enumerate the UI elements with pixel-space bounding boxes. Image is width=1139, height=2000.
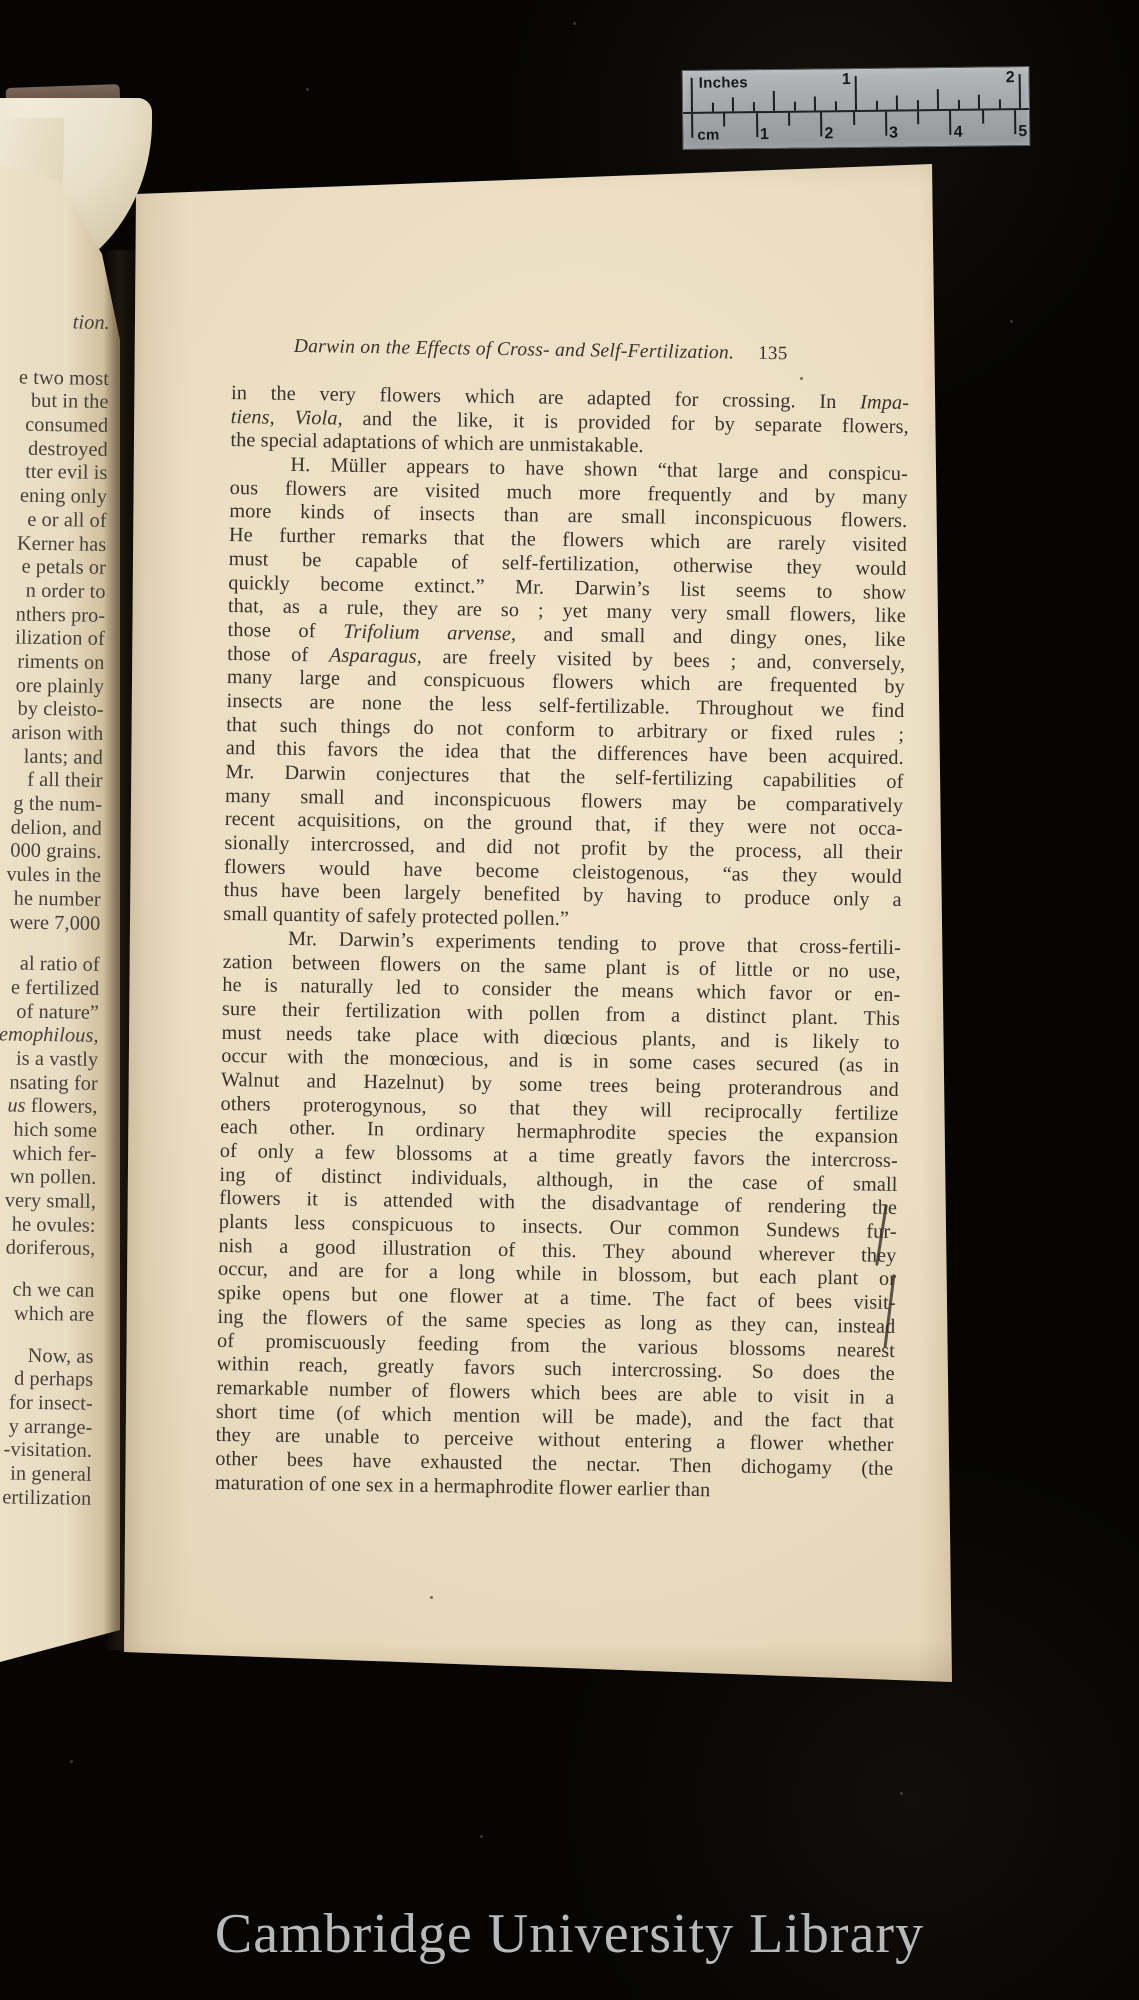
ruler-tick xyxy=(917,111,919,124)
text-line-fragment: d perhaps xyxy=(0,1367,95,1392)
dust-speck xyxy=(573,22,576,25)
left-page-text-block: al ratio ofe fertilizedof nature”emophil… xyxy=(0,952,102,1262)
ruler-cm-label: cm xyxy=(697,127,719,144)
text-line-fragment: nthers pro- xyxy=(0,603,107,628)
text-line-fragment: vules in the xyxy=(0,863,103,888)
ruler-number: 3 xyxy=(889,125,898,143)
ruler-ticks: 1212345 xyxy=(683,67,1029,71)
text-line-fragment: tter evil is xyxy=(0,461,110,486)
dust-speck xyxy=(306,88,309,91)
body-text: in the very flowers which are adapted fo… xyxy=(215,382,909,1505)
ruler-tick xyxy=(978,95,980,109)
ruler-tick xyxy=(937,89,939,109)
text-line-fragment: doriferous, xyxy=(0,1237,97,1262)
ruler-tick xyxy=(885,112,887,136)
dust-speck xyxy=(70,1760,73,1763)
ruler-tick xyxy=(793,102,795,111)
dust-speck xyxy=(900,1792,903,1795)
text-line-fragment: -visitation. xyxy=(0,1438,94,1463)
text-line-fragment: consumed xyxy=(0,413,110,438)
left-page-text-block: Now, asd perhapsfor insect-y arrange--vi… xyxy=(0,1344,96,1512)
ruler-tick xyxy=(752,102,754,111)
running-header: Darwin on the Effects of Cross- and Self… xyxy=(232,334,910,368)
text-line-fragment: hich some xyxy=(0,1118,99,1143)
text-line-fragment: e petals or xyxy=(0,555,108,580)
ruler-tick xyxy=(1014,110,1016,134)
text-line-fragment: e two most xyxy=(0,366,111,391)
ruler-tick xyxy=(834,101,836,110)
text-line-fragment: which are xyxy=(0,1302,96,1327)
text-line-fragment: ore plainly xyxy=(0,674,106,699)
ruler-number: 1 xyxy=(760,126,769,144)
text-line-fragment: arison with xyxy=(0,721,106,746)
ruler-tick xyxy=(691,78,693,112)
ruler-tick xyxy=(916,100,918,109)
text-line-fragment: he number xyxy=(0,887,103,912)
text-line-fragment: destroyed xyxy=(0,437,110,462)
library-watermark: Cambridge University Library xyxy=(0,1898,1139,1978)
ruler-number: 5 xyxy=(1018,123,1027,141)
text-line-fragment: but in the xyxy=(0,390,111,415)
text-line-fragment: very small, xyxy=(0,1189,98,1214)
text-line-fragment: ilization of xyxy=(0,626,107,651)
text-line-fragment: were 7,000 xyxy=(0,911,103,936)
ruler-tick xyxy=(691,114,693,138)
book-photograph: tion. e two mostbut in theconsumeddestro… xyxy=(0,0,1139,2000)
ruler-tick xyxy=(875,101,877,110)
left-page-blocks: e two mostbut in theconsumeddestroyedtte… xyxy=(0,366,111,1511)
text-line-fragment: wn pollen. xyxy=(0,1166,99,1191)
text-line-fragment: ening only xyxy=(0,484,109,509)
ruler-tick xyxy=(949,111,951,135)
text-line-fragment: f all their xyxy=(0,769,105,794)
ruler-tick xyxy=(855,76,857,110)
ruler-number: 4 xyxy=(954,124,963,142)
ruler-tick xyxy=(723,113,725,126)
ruler-tick xyxy=(1019,74,1021,108)
text-line-fragment: he ovules: xyxy=(0,1213,98,1238)
ruler-number: 1 xyxy=(833,71,851,89)
text-line-fragment: e or all of xyxy=(0,508,109,533)
left-page-text-block: e two mostbut in theconsumeddestroyedtte… xyxy=(0,366,111,936)
text-line-fragment: Now, as xyxy=(0,1344,96,1369)
page-text: Darwin on the Effects of Cross- and Self… xyxy=(215,334,910,1505)
ruler-tick xyxy=(732,97,734,111)
ruler-tick xyxy=(820,112,822,136)
text-line-fragment: Kerner has xyxy=(0,532,109,557)
header-title: Darwin on the Effects of Cross- and Self… xyxy=(294,335,735,365)
text-line-fragment: emophilous, xyxy=(0,1023,101,1048)
measurement-ruler: Inches cm 1212345 xyxy=(682,66,1031,150)
ruler-tick xyxy=(788,113,790,126)
text-line-fragment: riments on xyxy=(0,650,107,675)
text-line-fragment: lants; and xyxy=(0,745,105,770)
ruler-tick xyxy=(957,100,959,109)
dust-speck xyxy=(480,1835,483,1838)
text-line-fragment: ertilization xyxy=(0,1486,94,1511)
ruler-tick xyxy=(756,113,758,137)
book-page: Darwin on the Effects of Cross- and Self… xyxy=(120,158,954,1688)
text-line-fragment: y arrange- xyxy=(0,1415,95,1440)
text-line-fragment: in general xyxy=(0,1462,94,1487)
text-line-fragment: by cleisto- xyxy=(0,698,106,723)
ruler-tick xyxy=(773,91,775,111)
text-line-fragment: is a vastly xyxy=(0,1047,100,1072)
ruler-tick xyxy=(814,96,816,110)
ruler-number: 2 xyxy=(824,125,833,143)
ruler-tick xyxy=(853,112,855,125)
text-line-fragment: e fertilized xyxy=(0,976,102,1001)
ruler-number: 2 xyxy=(997,69,1015,87)
ruler-inches-label: Inches xyxy=(699,74,749,92)
text-line-fragment: al ratio of xyxy=(0,952,102,977)
text-line-fragment: g the num- xyxy=(0,792,104,817)
text-line-fragment: ch we can xyxy=(0,1278,97,1303)
text-line-fragment: nsating for xyxy=(0,1071,100,1096)
dust-speck xyxy=(1010,320,1013,323)
ruler-tick xyxy=(896,96,898,110)
text-line-fragment: 000 grains. xyxy=(0,840,104,865)
ruler-tick xyxy=(998,99,1000,108)
paper-speck xyxy=(800,377,803,380)
ruler-tick xyxy=(711,103,713,112)
text-line-fragment: us flowers, xyxy=(0,1094,100,1119)
left-header-fragment: tion. xyxy=(0,310,112,335)
text-line-fragment: for insect- xyxy=(0,1391,95,1416)
paper-speck xyxy=(430,1596,433,1599)
text-line-fragment: which fer- xyxy=(0,1142,99,1167)
ruler-tick xyxy=(982,111,984,124)
text-line-fragment: of nature” xyxy=(0,1000,101,1025)
left-page-text-fragments: tion. e two mostbut in theconsumeddestro… xyxy=(0,310,112,1511)
text-line-fragment: n order to xyxy=(0,579,108,604)
page-number: 135 xyxy=(758,342,788,366)
left-page-text-block: ch we canwhich are xyxy=(0,1278,97,1327)
text-line-fragment: delion, and xyxy=(0,816,104,841)
